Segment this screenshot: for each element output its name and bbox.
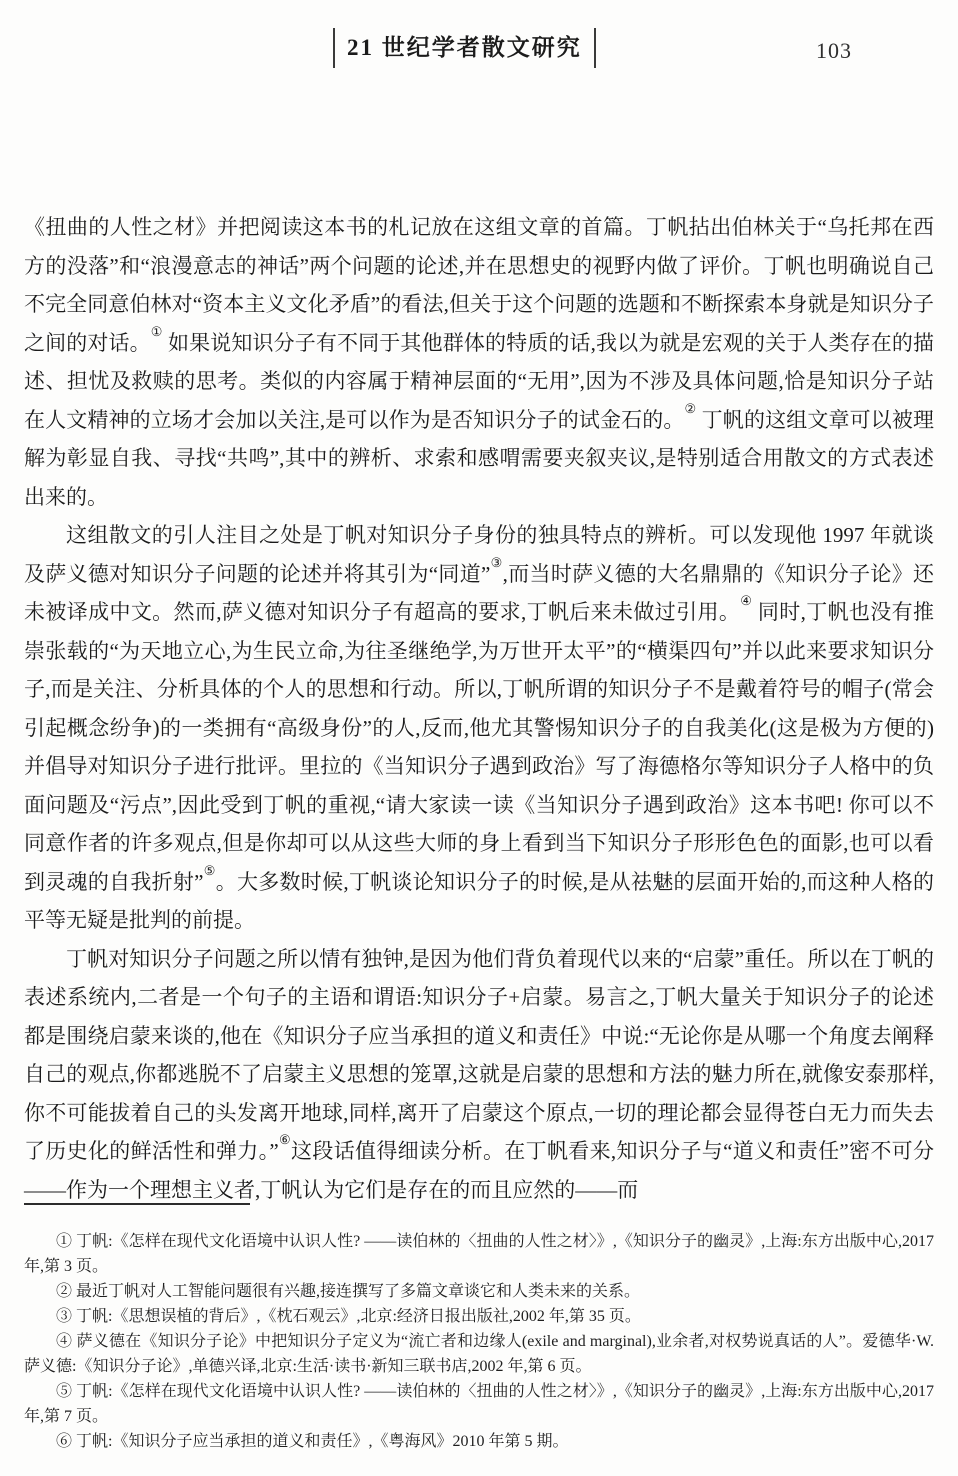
footnote-separator bbox=[24, 1203, 250, 1205]
body-text: 《扭曲的人性之材》并把阅读这本书的札记放在这组文章的首篇。丁帆拈出伯林关于“乌托… bbox=[24, 208, 934, 1209]
page-header-title: 21 世纪学者散文研究 bbox=[333, 28, 596, 68]
footnote-ref: ② bbox=[685, 401, 697, 416]
body-paragraph: 这组散文的引人注目之处是丁帆对知识分子身份的独具特点的辨析。可以发现他 1997… bbox=[24, 516, 934, 940]
footnote-item: ④ 萨义德在《知识分子论》中把知识分子定义为“流亡者和边缘人(exile and… bbox=[24, 1329, 934, 1379]
footnote-item: ⑤ 丁帆:《怎样在现代文化语境中认识人性? ——读伯林的〈扭曲的人性之材〉》,《… bbox=[24, 1379, 934, 1429]
footnote-ref: ① bbox=[151, 324, 163, 339]
footnote-item: ② 最近丁帆对人工智能问题很有兴趣,接连撰写了多篇文章谈它和人类未来的关系。 bbox=[24, 1279, 934, 1304]
running-header: 21 世纪学者散文研究 103 bbox=[0, 28, 958, 76]
footnote-ref: ⑤ bbox=[204, 863, 216, 878]
footnote-ref: ⑥ bbox=[279, 1132, 291, 1147]
footnote-item: ③ 丁帆:《思想误植的背后》,《枕石观云》,北京:经济日报出版社,2002 年,… bbox=[24, 1304, 934, 1329]
book-page: 21 世纪学者散文研究 103 《扭曲的人性之材》并把阅读这本书的札记放在这组文… bbox=[0, 0, 958, 1476]
footnote-item: ① 丁帆:《怎样在现代文化语境中认识人性? ——读伯林的〈扭曲的人性之材〉》,《… bbox=[24, 1229, 934, 1279]
footnote-ref: ④ bbox=[740, 593, 752, 608]
footnote-item: ⑥ 丁帆:《知识分子应当承担的道义和责任》,《粤海风》2010 年第 5 期。 bbox=[24, 1429, 934, 1454]
footnotes: ① 丁帆:《怎样在现代文化语境中认识人性? ——读伯林的〈扭曲的人性之材〉》,《… bbox=[24, 1203, 934, 1454]
body-paragraph: 《扭曲的人性之材》并把阅读这本书的札记放在这组文章的首篇。丁帆拈出伯林关于“乌托… bbox=[24, 208, 934, 516]
page-number: 103 bbox=[816, 38, 852, 64]
footnote-ref: ③ bbox=[490, 555, 502, 570]
body-paragraph: 丁帆对知识分子问题之所以情有独钟,是因为他们背负着现代以来的“启蒙”重任。所以在… bbox=[24, 940, 934, 1210]
